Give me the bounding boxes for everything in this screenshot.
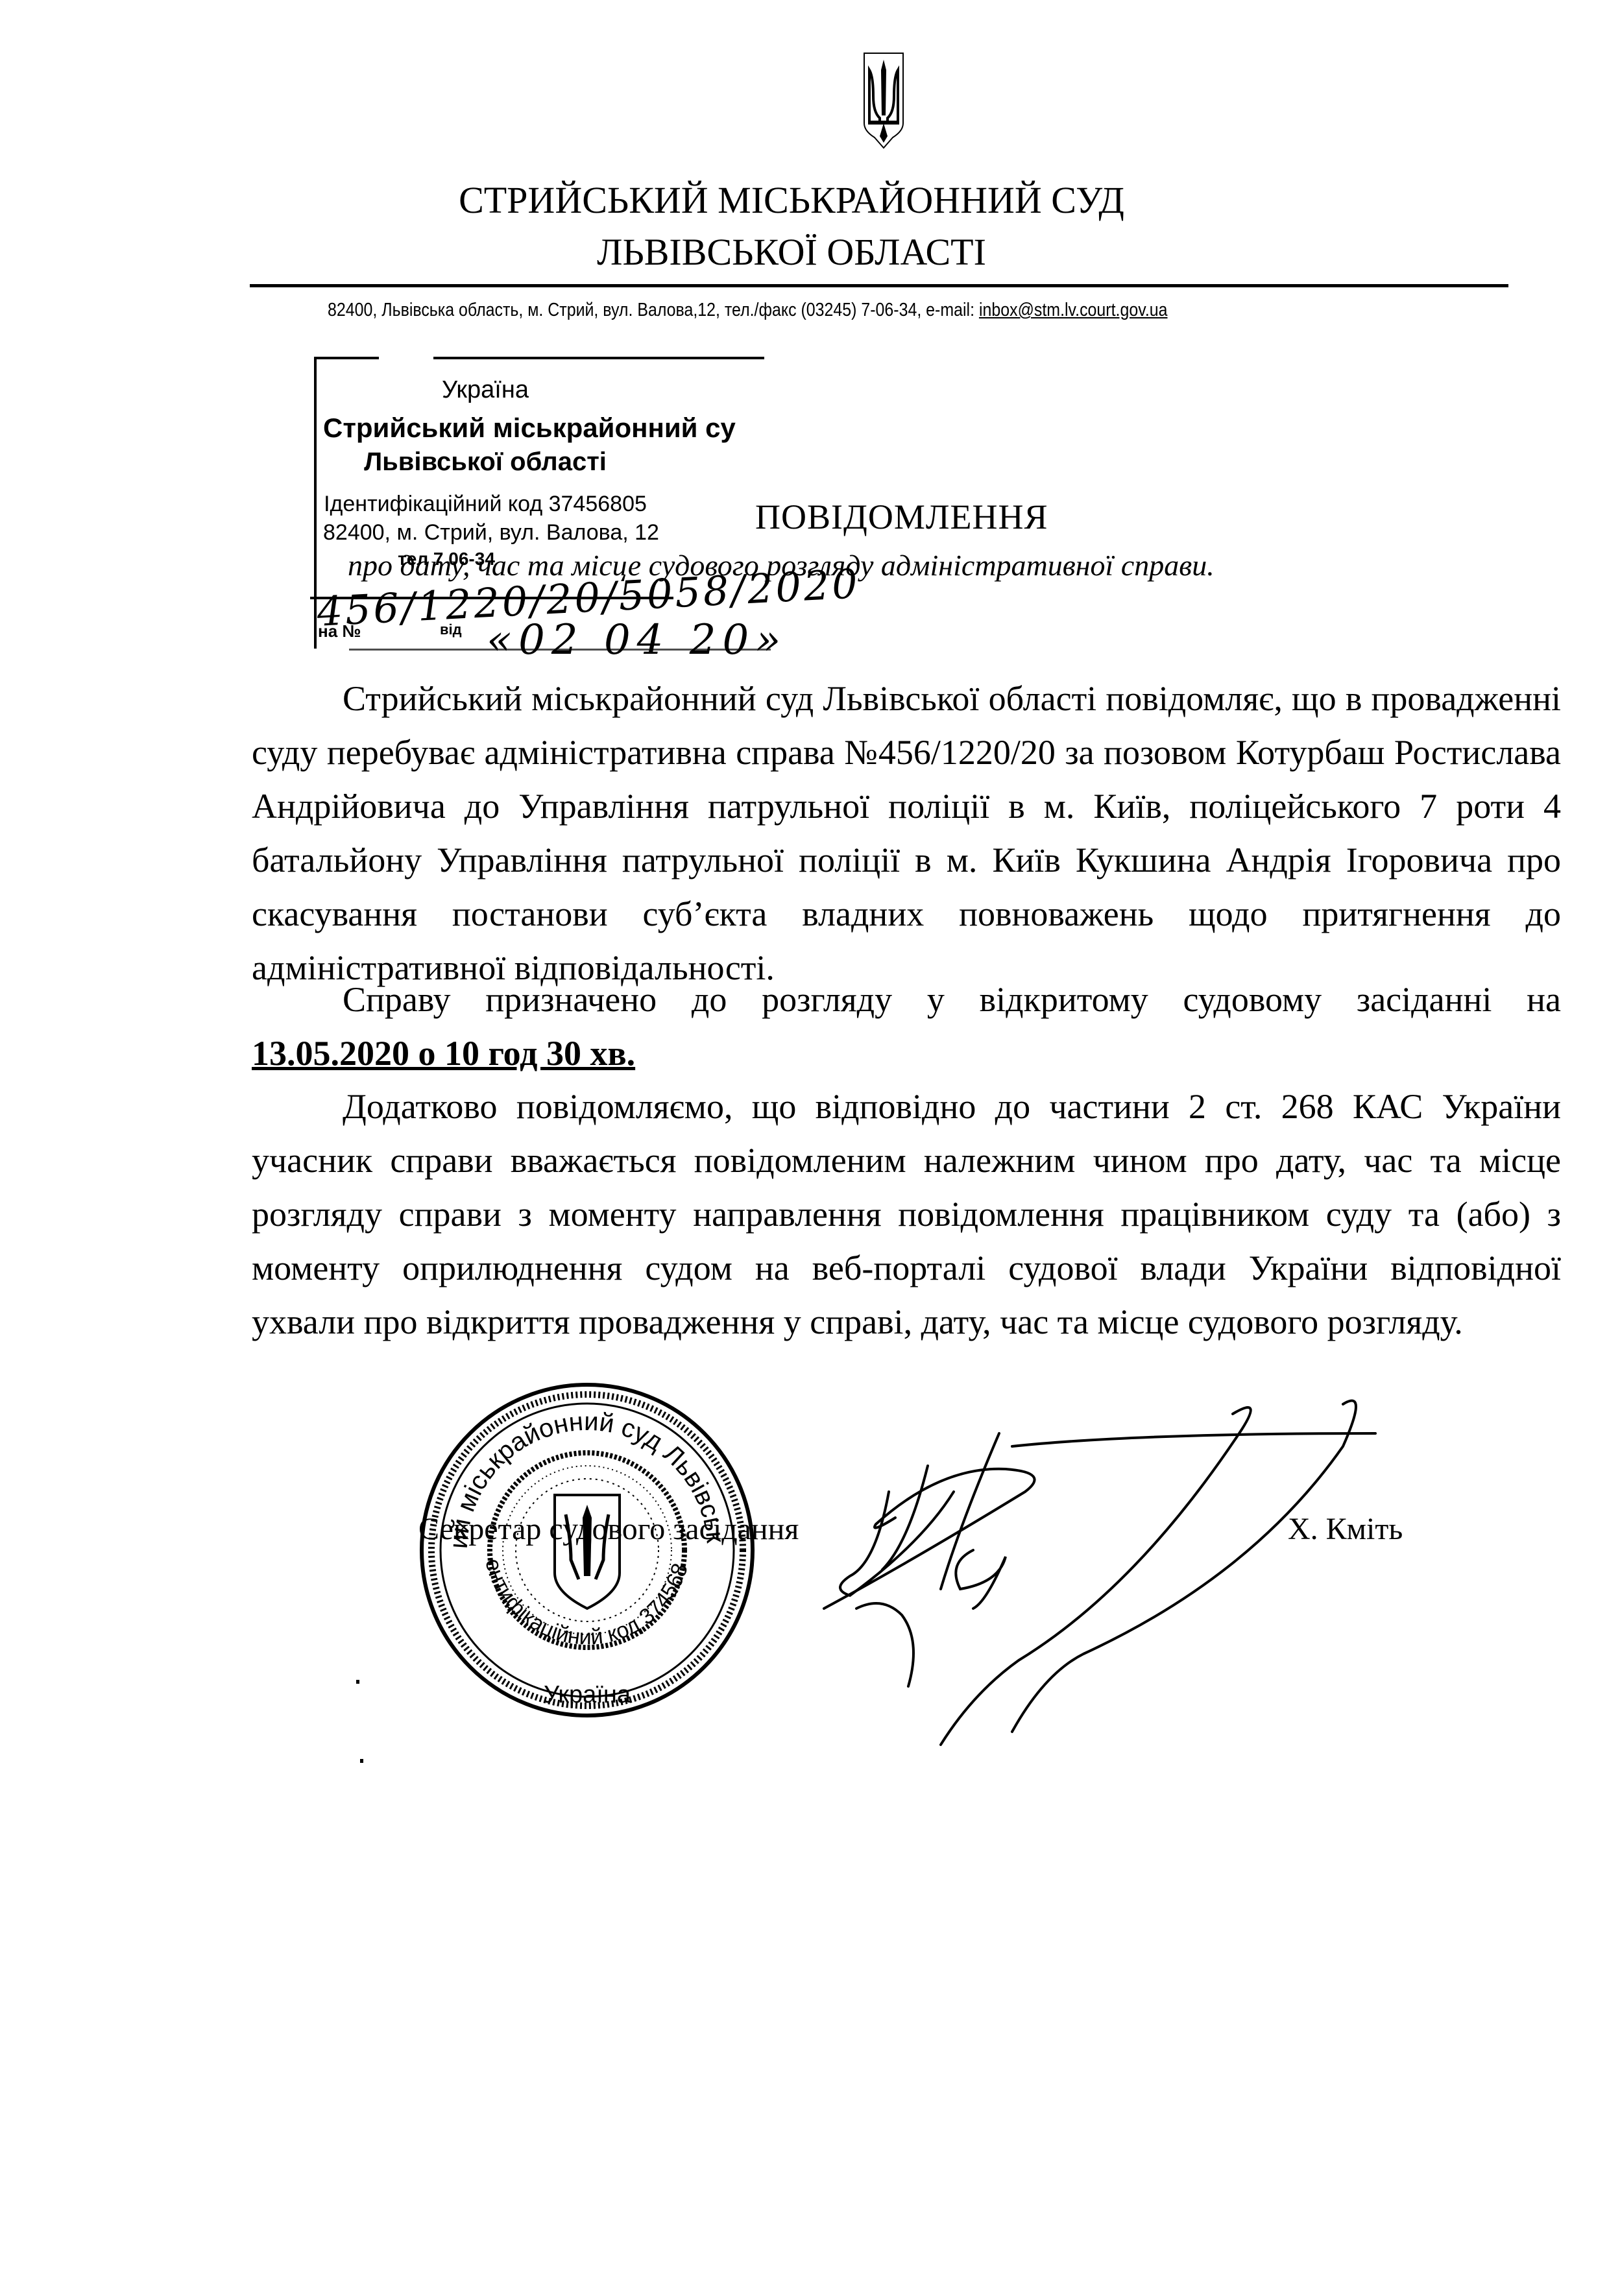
email-link[interactable]: inbox@stm.lv.court.gov.ua	[979, 300, 1168, 320]
court-name-line2: ЛЬВІВСЬКОЇ ОБЛАСТІ	[175, 233, 1408, 271]
stamp-region: Львівської області	[323, 448, 647, 477]
paragraph-notice-text: Додатково повідомляємо, що відповідно до…	[252, 1080, 1561, 1349]
paragraph-hearing: Справу призначено до розгляду у відкрито…	[252, 973, 1561, 1081]
stamp-country: Україна	[323, 376, 647, 404]
contacts-text: 82400, Львівська область, м. Стрий, вул.…	[328, 300, 979, 320]
scan-speck	[360, 1759, 363, 1763]
paragraph-notice: Додатково повідомляємо, що відповідно до…	[252, 1080, 1561, 1349]
handwritten-signature	[811, 1394, 1395, 1758]
paragraph-hearing-text: Справу призначено до розгляду у відкрито…	[252, 973, 1561, 1027]
seal-center-text: Україна	[544, 1681, 631, 1708]
stamp-address: 82400, м. Стрий, вул. Валова, 12	[323, 520, 647, 545]
paragraph-case-info: Стрийський міськрайонний суд Львівської …	[252, 672, 1561, 995]
handwritten-date: «02 04 20»	[487, 616, 787, 664]
stamp-id-code: Ідентифікаційний код 37456805	[323, 492, 647, 517]
court-contacts: 82400, Львівська область, м. Стрий, вул.…	[328, 300, 1168, 321]
scan-speck	[356, 1680, 359, 1684]
stamp-border-top-left	[314, 357, 379, 359]
stamp-border-top-right	[433, 357, 764, 359]
trident-emblem-icon	[862, 51, 906, 149]
paragraph-case-info-text: Стрийський міськрайонний суд Львівської …	[252, 672, 1561, 995]
header-divider	[250, 284, 1508, 287]
hearing-datetime: 13.05.2020 о 10 год 30 хв.	[252, 1027, 1561, 1081]
court-name-line1: СТРИЙСЬКИЙ МІСЬКРАЙОННИЙ СУД	[175, 182, 1408, 219]
stamp-court: Стрийський міськрайонний су	[323, 413, 647, 444]
document-title: ПОВІДОМЛЕННЯ	[755, 497, 1048, 537]
court-seal-icon: Стрийський міськрайонний суд Львівської …	[415, 1378, 759, 1722]
